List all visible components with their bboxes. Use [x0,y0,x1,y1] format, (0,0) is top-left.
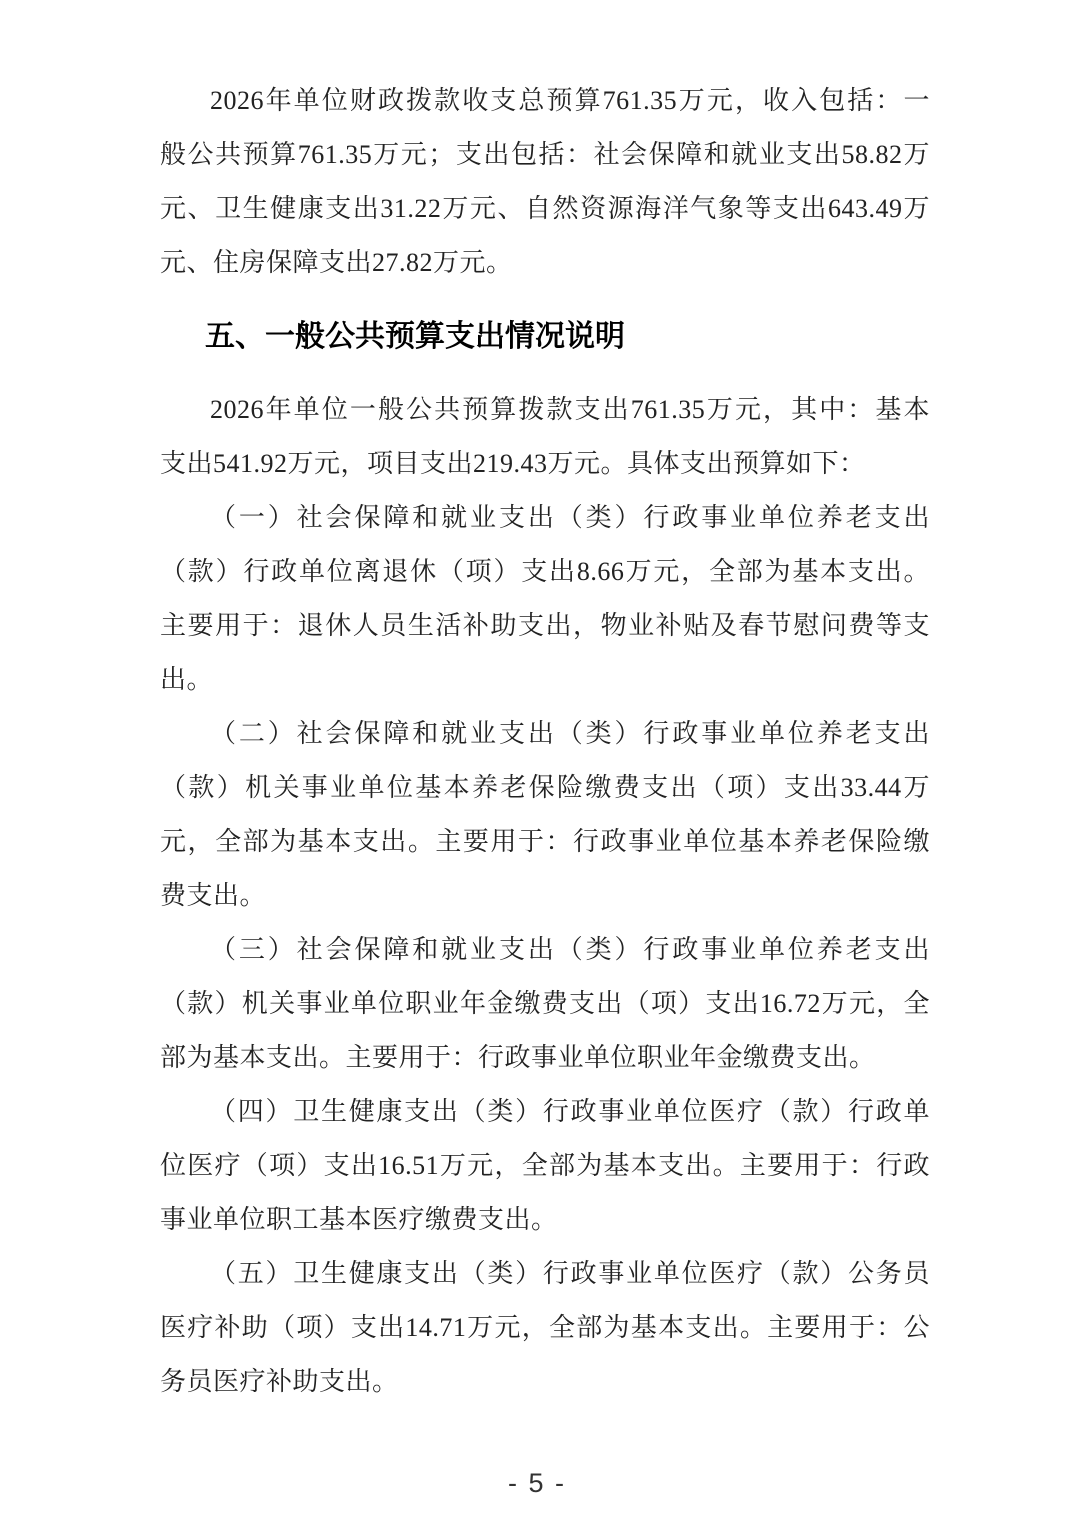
body-paragraph: （四）卫生健康支出（类）行政事业单位医疗（款）行政单位医疗（项）支出16.51万… [160,1085,930,1247]
paragraph-line: 元，全部为基本支出。主要用于：行政事业单位基本养老保险缴 [160,815,930,869]
paragraph-line: 部为基本支出。主要用于：行政事业单位职业年金缴费支出。 [160,1031,930,1085]
section-heading: 五、一般公共预算支出情况说明 [160,310,930,364]
paragraph-line: 元、住房保障支出27.82万元。 [160,236,930,290]
document-page: 2026年单位财政拨款收支总预算761.35万元，收入包括：一般公共预算761.… [0,0,1074,1520]
paragraph-line: （款）机关事业单位职业年金缴费支出（项）支出16.72万元，全 [160,977,930,1031]
paragraph-line: （二）社会保障和就业支出（类）行政事业单位养老支出 [160,707,930,761]
paragraph-line: 2026年单位财政拨款收支总预算761.35万元，收入包括：一 [160,74,930,128]
paragraph-line: （款）行政单位离退休（项）支出8.66万元，全部为基本支出。 [160,545,930,599]
page-footer: - 5 - [0,1468,1074,1499]
paragraph-line: 医疗补助（项）支出14.71万元，全部为基本支出。主要用于：公 [160,1301,930,1355]
paragraph-line: （四）卫生健康支出（类）行政事业单位医疗（款）行政单 [160,1085,930,1139]
document-body: 2026年单位财政拨款收支总预算761.35万元，收入包括：一般公共预算761.… [160,74,930,1409]
paragraph-line: （五）卫生健康支出（类）行政事业单位医疗（款）公务员 [160,1247,930,1301]
paragraph-line: （一）社会保障和就业支出（类）行政事业单位养老支出 [160,491,930,545]
page-number: - 5 - [508,1468,566,1498]
paragraph-line: （款）机关事业单位基本养老保险缴费支出（项）支出33.44万 [160,761,930,815]
body-paragraph: （三）社会保障和就业支出（类）行政事业单位养老支出（款）机关事业单位职业年金缴费… [160,923,930,1085]
body-paragraph: （二）社会保障和就业支出（类）行政事业单位养老支出（款）机关事业单位基本养老保险… [160,707,930,923]
paragraph-line: 2026年单位一般公共预算拨款支出761.35万元，其中：基本 [160,383,930,437]
paragraph-line: （三）社会保障和就业支出（类）行政事业单位养老支出 [160,923,930,977]
paragraph-line: 元、卫生健康支出31.22万元、自然资源海洋气象等支出643.49万 [160,182,930,236]
paragraph-line: 出。 [160,653,930,707]
body-paragraph: （一）社会保障和就业支出（类）行政事业单位养老支出（款）行政单位离退休（项）支出… [160,491,930,707]
body-paragraph: （五）卫生健康支出（类）行政事业单位医疗（款）公务员医疗补助（项）支出14.71… [160,1247,930,1409]
body-paragraph: 2026年单位一般公共预算拨款支出761.35万元，其中：基本支出541.92万… [160,383,930,491]
paragraph-line: 费支出。 [160,869,930,923]
paragraph-line: 般公共预算761.35万元；支出包括：社会保障和就业支出58.82万 [160,128,930,182]
paragraph-line: 支出541.92万元，项目支出219.43万元。具体支出预算如下： [160,437,930,491]
paragraph-line: 事业单位职工基本医疗缴费支出。 [160,1193,930,1247]
paragraph-line: 位医疗（项）支出16.51万元，全部为基本支出。主要用于：行政 [160,1139,930,1193]
paragraph-line: 主要用于：退休人员生活补助支出，物业补贴及春节慰问费等支 [160,599,930,653]
body-paragraph: 2026年单位财政拨款收支总预算761.35万元，收入包括：一般公共预算761.… [160,74,930,290]
paragraph-line: 务员医疗补助支出。 [160,1355,930,1409]
